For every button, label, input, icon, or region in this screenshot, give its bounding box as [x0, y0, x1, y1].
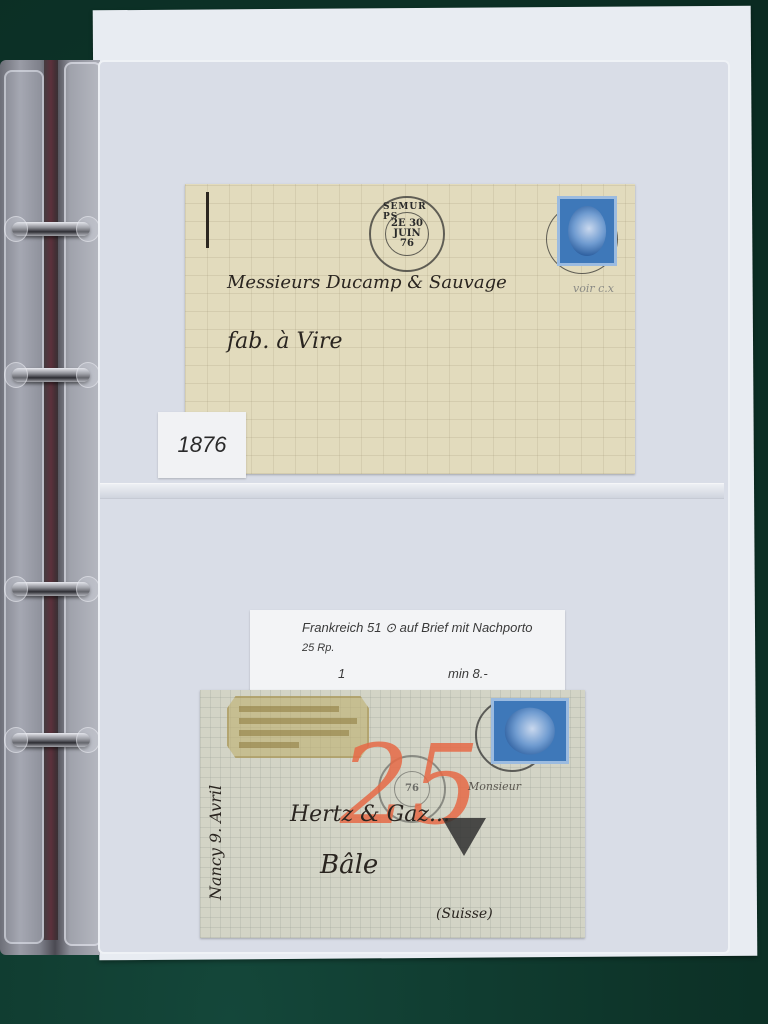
binder-ring-1: [12, 222, 90, 236]
description-card: Frankreich 51 ⊙ auf Brief mit Nachporto …: [250, 610, 565, 692]
ceres-head-icon: [505, 708, 555, 755]
binder-sleeve-right: [64, 62, 102, 946]
binder-spine: [44, 60, 58, 940]
address-line-1: Monsieur: [468, 780, 521, 793]
address-line-2: fab. à Vire: [227, 329, 343, 354]
address-line-4: (Suisse): [436, 906, 493, 922]
address-line-2: Hertz & Gaz...: [290, 802, 450, 827]
description-price: min 8.-: [448, 666, 488, 681]
binder-ring-3: [12, 582, 90, 596]
year-label: 1876: [178, 432, 227, 458]
ceres-head-icon: [568, 206, 606, 256]
ceres-stamp: [491, 698, 569, 764]
description-count: 1: [338, 666, 345, 681]
postmark-cds: SEMUR PS 2E 30 JUIN 76: [369, 196, 445, 272]
address-line-1: Messieurs Ducamp & Sauvage: [227, 272, 507, 293]
year-card: 1876: [158, 412, 246, 478]
description-line-1: Frankreich 51 ⊙ auf Brief mit Nachporto: [302, 620, 533, 636]
pocket-divider: [100, 483, 724, 499]
address-line-3: Bâle: [320, 850, 378, 880]
binder-sleeve-left: [4, 70, 44, 944]
binder-ring-2: [12, 368, 90, 382]
ink-bar: [206, 192, 209, 248]
pencil-note: voir c.x: [573, 282, 614, 295]
side-text: Nancy 9. Avril: [206, 785, 225, 900]
ceres-stamp: [557, 196, 617, 266]
upper-cover: SEMUR PS 2E 30 JUIN 76 Messieurs Ducamp …: [185, 184, 635, 474]
binder-ring-4: [12, 733, 90, 747]
lower-cover: 76 25 Nancy 9. Avril Monsieur Hertz & Ga…: [200, 690, 585, 938]
postmark-year: 76: [400, 239, 414, 249]
description-line-2: 25 Rp.: [302, 642, 334, 654]
postmark-inner: 2E 30 JUIN 76: [385, 212, 429, 256]
